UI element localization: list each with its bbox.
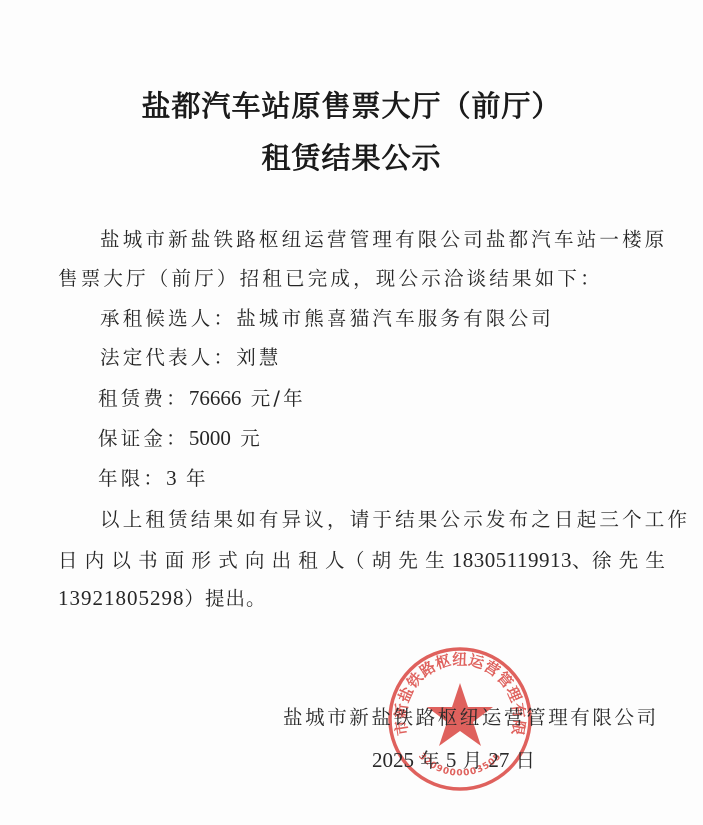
date-month: 5 <box>446 748 457 772</box>
objection-line1: 以上租赁结果如有异议，请于结果公示发布之日起三个工作 <box>100 508 690 532</box>
date-year: 2025 <box>372 748 414 772</box>
phone-hu: 18305119913 <box>452 548 572 572</box>
rent-unit: 元/年 <box>241 387 306 410</box>
deposit-unit: 元 <box>231 427 263 450</box>
objection-line2: 日 内 以 书 面 形 式 向 出 租 人（ 胡 先 生 18305119913… <box>58 548 665 573</box>
signature-company: 盐城市新盐铁路枢纽运营管理有限公司 <box>283 706 659 730</box>
phone-xu: 13921805298 <box>58 586 185 610</box>
date-month-unit: 月 <box>456 749 488 772</box>
document-title-line2: 租赁结果公示 <box>0 136 703 177</box>
signature-date: 2025 年 5 月 27 日 <box>372 748 535 773</box>
deposit-label: 保证金： <box>98 427 189 450</box>
rent-value: 76666 <box>189 386 242 410</box>
candidate-line: 承租候选人：盐城市熊喜猫汽车服务有限公司 <box>100 307 554 331</box>
deposit-value: 5000 <box>189 426 231 450</box>
term-label: 年限： <box>98 467 166 490</box>
term-unit: 年 <box>177 467 209 490</box>
date-year-unit: 年 <box>414 749 446 772</box>
objection-line2-tail: 、徐 先 生 <box>572 549 665 572</box>
term-value: 3 <box>166 466 177 490</box>
legal-rep-line: 法定代表人：刘慧 <box>100 346 282 370</box>
rent-label: 租赁费： <box>98 387 189 410</box>
date-day: 27 <box>488 748 509 772</box>
intro-line1: 盐城市新盐铁路枢纽运营管理有限公司盐都汽车站一楼原 <box>100 228 668 252</box>
objection-line3: 13921805298）提出。 <box>58 586 267 611</box>
document-title-line1: 盐都汽车站原售票大厅（前厅） <box>0 84 703 125</box>
rent-line: 租赁费：76666 元/年 <box>98 386 306 411</box>
intro-line2: 售票大厅（前厅）招租已完成，现公示洽谈结果如下： <box>58 267 603 291</box>
term-line: 年限：3 年 <box>98 466 209 491</box>
deposit-line: 保证金：5000 元 <box>98 426 263 451</box>
date-day-unit: 日 <box>509 749 535 772</box>
document-page: 盐都汽车站原售票大厅（前厅） 租赁结果公示 盐城市新盐铁路枢纽运营管理有限公司盐… <box>0 0 703 825</box>
objection-line3-text: ）提出。 <box>185 587 267 610</box>
objection-line2-text: 日 内 以 书 面 形 式 向 出 租 人（ 胡 先 生 <box>58 549 452 572</box>
